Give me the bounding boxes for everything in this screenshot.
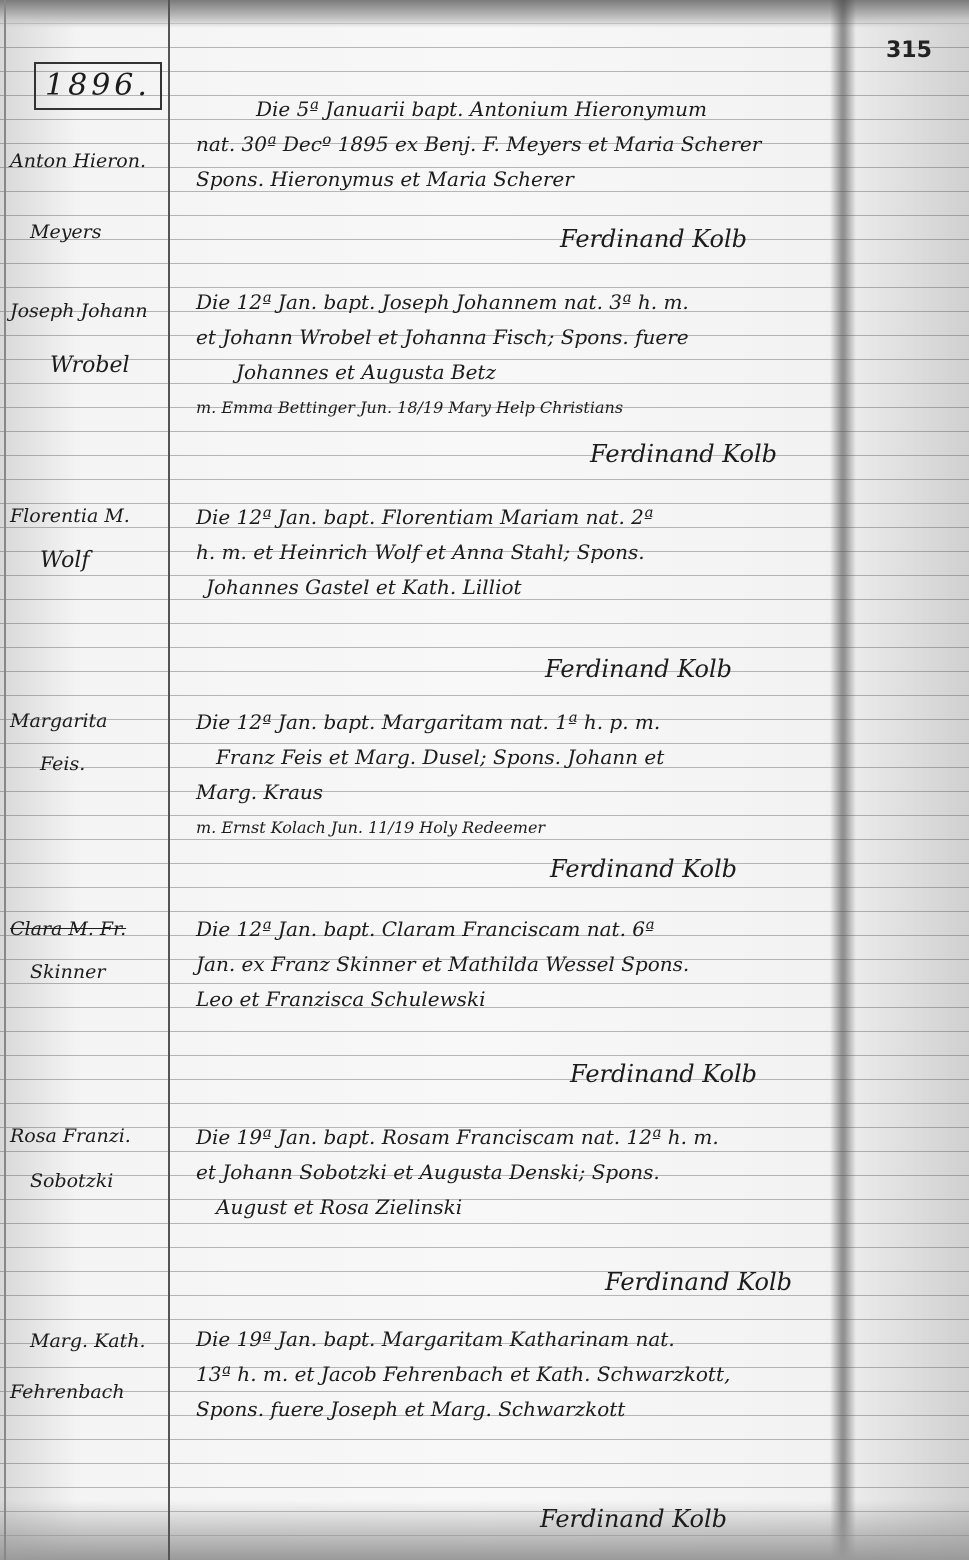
left-edge-rule (4, 0, 6, 1560)
priest-signature: Ferdinand Kolb (605, 1268, 792, 1296)
priest-signature: Ferdinand Kolb (545, 655, 732, 683)
entry-line: Die 19ª Jan. bapt. Rosam Franciscam nat.… (196, 1120, 936, 1155)
priest-signature: Ferdinand Kolb (550, 855, 737, 883)
margin-given-name: Marg. Kath. (10, 1330, 168, 1353)
entry-line: Jan. ex Franz Skinner et Mathilda Wessel… (196, 947, 936, 982)
entry-line: h. m. et Heinrich Wolf et Anna Stahl; Sp… (196, 535, 936, 570)
entry-line: Johannes Gastel et Kath. Lilliot (196, 570, 936, 605)
margin-surname: Wrobel (10, 353, 168, 379)
entry-line: Die 19ª Jan. bapt. Margaritam Katharinam… (196, 1322, 936, 1357)
entry-line: et Johann Sobotzki et Augusta Denski; Sp… (196, 1155, 936, 1190)
margin-given-name: Clara M. Fr. (10, 918, 168, 941)
margin-column-rule (168, 0, 170, 1560)
margin-surname: Sobotzki (10, 1170, 168, 1193)
baptism-entry: Die 5ª Januarii bapt. Antonium Hieronymu… (196, 92, 936, 197)
entry-line: Johannes et Augusta Betz (196, 355, 936, 390)
priest-signature: Ferdinand Kolb (590, 440, 777, 468)
baptism-entry: Die 12ª Jan. bapt. Claram Franciscam nat… (196, 912, 936, 1017)
entry-line: Die 5ª Januarii bapt. Antonium Hieronymu… (196, 92, 936, 127)
baptism-entry: Die 12ª Jan. bapt. Florentiam Mariam nat… (196, 500, 936, 605)
priest-signature: Ferdinand Kolb (560, 225, 747, 253)
entry-line: Leo et Franzisca Schulewski (196, 982, 936, 1017)
baptism-entry: Die 12ª Jan. bapt. Margaritam nat. 1ª h.… (196, 705, 936, 845)
scan-shadow-top (0, 0, 969, 28)
entry-line: 13ª h. m. et Jacob Fehrenbach et Kath. S… (196, 1357, 936, 1392)
entry-line: Spons. Hieronymus et Maria Scherer (196, 162, 936, 197)
marriage-annotation: m. Ernst Kolach Jun. 11/19 Holy Redeemer (196, 810, 936, 845)
margin-name: Florentia M. Wolf (10, 505, 168, 574)
baptism-entry: Die 12ª Jan. bapt. Joseph Johannem nat. … (196, 285, 936, 425)
margin-surname: Meyers (10, 221, 168, 244)
marriage-annotation: m. Emma Bettinger Jun. 18/19 Mary Help C… (196, 390, 936, 425)
baptism-entry: Die 19ª Jan. bapt. Rosam Franciscam nat.… (196, 1120, 936, 1225)
margin-name: Margarita Feis. (10, 710, 168, 776)
scan-shadow-bottom (0, 1500, 969, 1560)
entry-line: Die 12ª Jan. bapt. Claram Franciscam nat… (196, 912, 936, 947)
entry-line: August et Rosa Zielinski (196, 1190, 936, 1225)
page-number: 315 (886, 38, 932, 63)
year-box: 1896. (34, 62, 162, 110)
baptism-entry: Die 19ª Jan. bapt. Margaritam Katharinam… (196, 1322, 936, 1427)
margin-given-name: Anton Hieron. (10, 150, 168, 173)
entry-line: et Johann Wrobel et Johanna Fisch; Spons… (196, 320, 936, 355)
entry-line: Die 12ª Jan. bapt. Margaritam nat. 1ª h.… (196, 705, 936, 740)
margin-name: Clara M. Fr. Skinner (10, 918, 168, 984)
margin-surname: Skinner (10, 961, 168, 984)
entry-line: nat. 30ª Decº 1895 ex Benj. F. Meyers et… (196, 127, 936, 162)
margin-name: Anton Hieron. Meyers (10, 150, 168, 244)
margin-given-name: Joseph Johann (10, 300, 168, 323)
margin-given-name: Rosa Franzi. (10, 1125, 168, 1148)
priest-signature: Ferdinand Kolb (570, 1060, 757, 1088)
margin-surname: Feis. (10, 753, 168, 776)
margin-name: Marg. Kath. Fehrenbach (10, 1330, 168, 1404)
entry-line: Marg. Kraus (196, 775, 936, 810)
margin-name: Joseph Johann Wrobel (10, 300, 168, 379)
priest-signature: Ferdinand Kolb (540, 1505, 727, 1533)
entry-line: Die 12ª Jan. bapt. Florentiam Mariam nat… (196, 500, 936, 535)
margin-name: Rosa Franzi. Sobotzki (10, 1125, 168, 1193)
margin-given-name: Florentia M. (10, 505, 168, 528)
register-page: 315 1896. Anton Hieron. Meyers Die 5ª Ja… (0, 0, 969, 1560)
margin-surname: Fehrenbach (10, 1381, 168, 1404)
entry-line: Spons. fuere Joseph et Marg. Schwarzkott (196, 1392, 936, 1427)
margin-given-name: Margarita (10, 710, 168, 733)
entry-line: Franz Feis et Marg. Dusel; Spons. Johann… (196, 740, 936, 775)
margin-surname: Wolf (10, 548, 168, 574)
entry-line: Die 12ª Jan. bapt. Joseph Johannem nat. … (196, 285, 936, 320)
